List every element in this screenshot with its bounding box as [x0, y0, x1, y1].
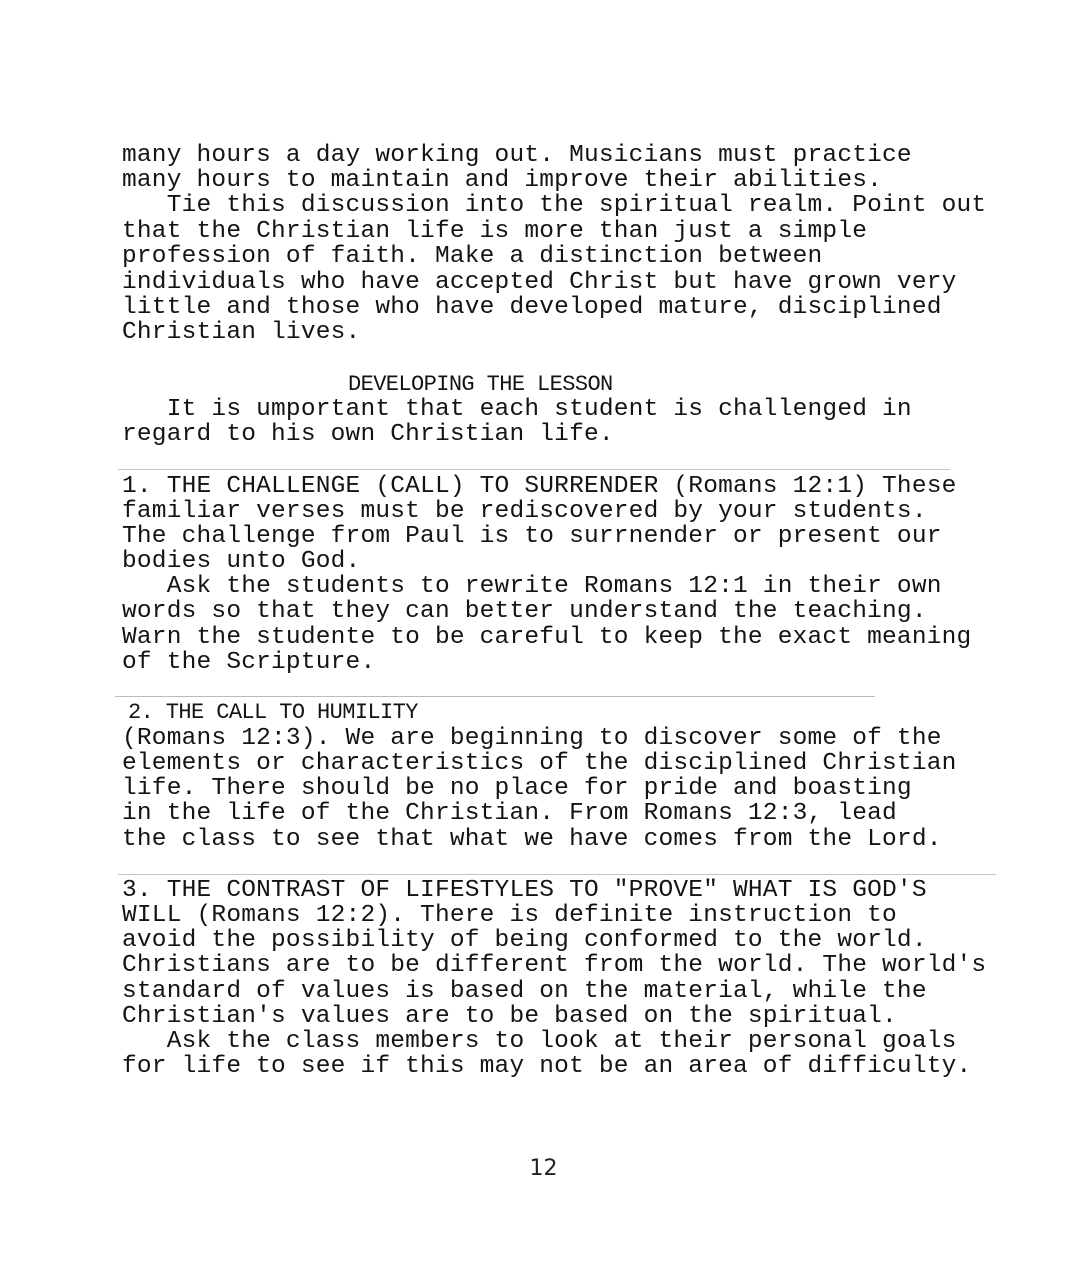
point-heading-line: 3. THE CONTRAST OF LIFESTYLES TO "PROVE"…	[122, 878, 927, 903]
text-line: for life to see if this may not be an ar…	[122, 1054, 971, 1079]
text-line: Ask the students to rewrite Romans 12:1 …	[122, 574, 942, 599]
text-line: It is umportant that each student is cha…	[122, 397, 912, 422]
text-line: (Romans 12:3). We are beginning to disco…	[122, 726, 942, 751]
text-line: Christian's values are to be based on th…	[122, 1004, 897, 1029]
text-line: in the life of the Christian. From Roman…	[122, 801, 897, 826]
text-line: avoid the possibility of being conformed…	[122, 928, 927, 953]
text-line: many hours a day working out. Musicians …	[122, 143, 912, 168]
text-line: profession of faith. Make a distinction …	[122, 244, 822, 269]
text-line: many hours to maintain and improve their…	[122, 168, 882, 193]
text-line: regard to his own Christian life.	[122, 422, 614, 447]
text-line: Tie this discussion into the spiritual r…	[122, 193, 986, 218]
text-line: familiar verses must be rediscovered by …	[122, 499, 927, 524]
document-page: many hours a day working out. Musicians …	[0, 0, 1087, 1274]
text-line: that the Christian life is more than jus…	[122, 219, 867, 244]
text-line: The challenge from Paul is to surrnender…	[122, 524, 942, 549]
text-line: the class to see that what we have comes…	[122, 827, 942, 852]
divider-rule	[115, 696, 875, 697]
point-heading-line: 2. THE CALL TO HUMILITY	[128, 700, 418, 725]
text-line: elements or characteristics of the disci…	[122, 751, 957, 776]
text-line: of the Scripture.	[122, 650, 375, 675]
text-line: little and those who have developed matu…	[122, 295, 942, 320]
text-line: Ask the class members to look at their p…	[122, 1029, 957, 1054]
text-line: bodies unto God.	[122, 549, 360, 574]
divider-rule	[118, 469, 950, 470]
point-heading-line: 1. THE CHALLENGE (CALL) TO SURRENDER (Ro…	[122, 474, 957, 499]
divider-rule	[118, 874, 996, 875]
text-line: Christian lives.	[122, 320, 360, 345]
text-line: standard of values is based on the mater…	[122, 979, 927, 1004]
section-heading: DEVELOPING THE LESSON	[348, 372, 613, 397]
text-line: life. There should be no place for pride…	[122, 776, 912, 801]
text-line: words so that they can better understand…	[122, 599, 927, 624]
text-line: individuals who have accepted Christ but…	[122, 270, 957, 295]
text-line: Christians are to be different from the …	[122, 953, 986, 978]
page-number: 12	[0, 1156, 1087, 1181]
text-line: WILL (Romans 12:2). There is definite in…	[122, 903, 897, 928]
text-line: Warn the studente to be careful to keep …	[122, 625, 971, 650]
